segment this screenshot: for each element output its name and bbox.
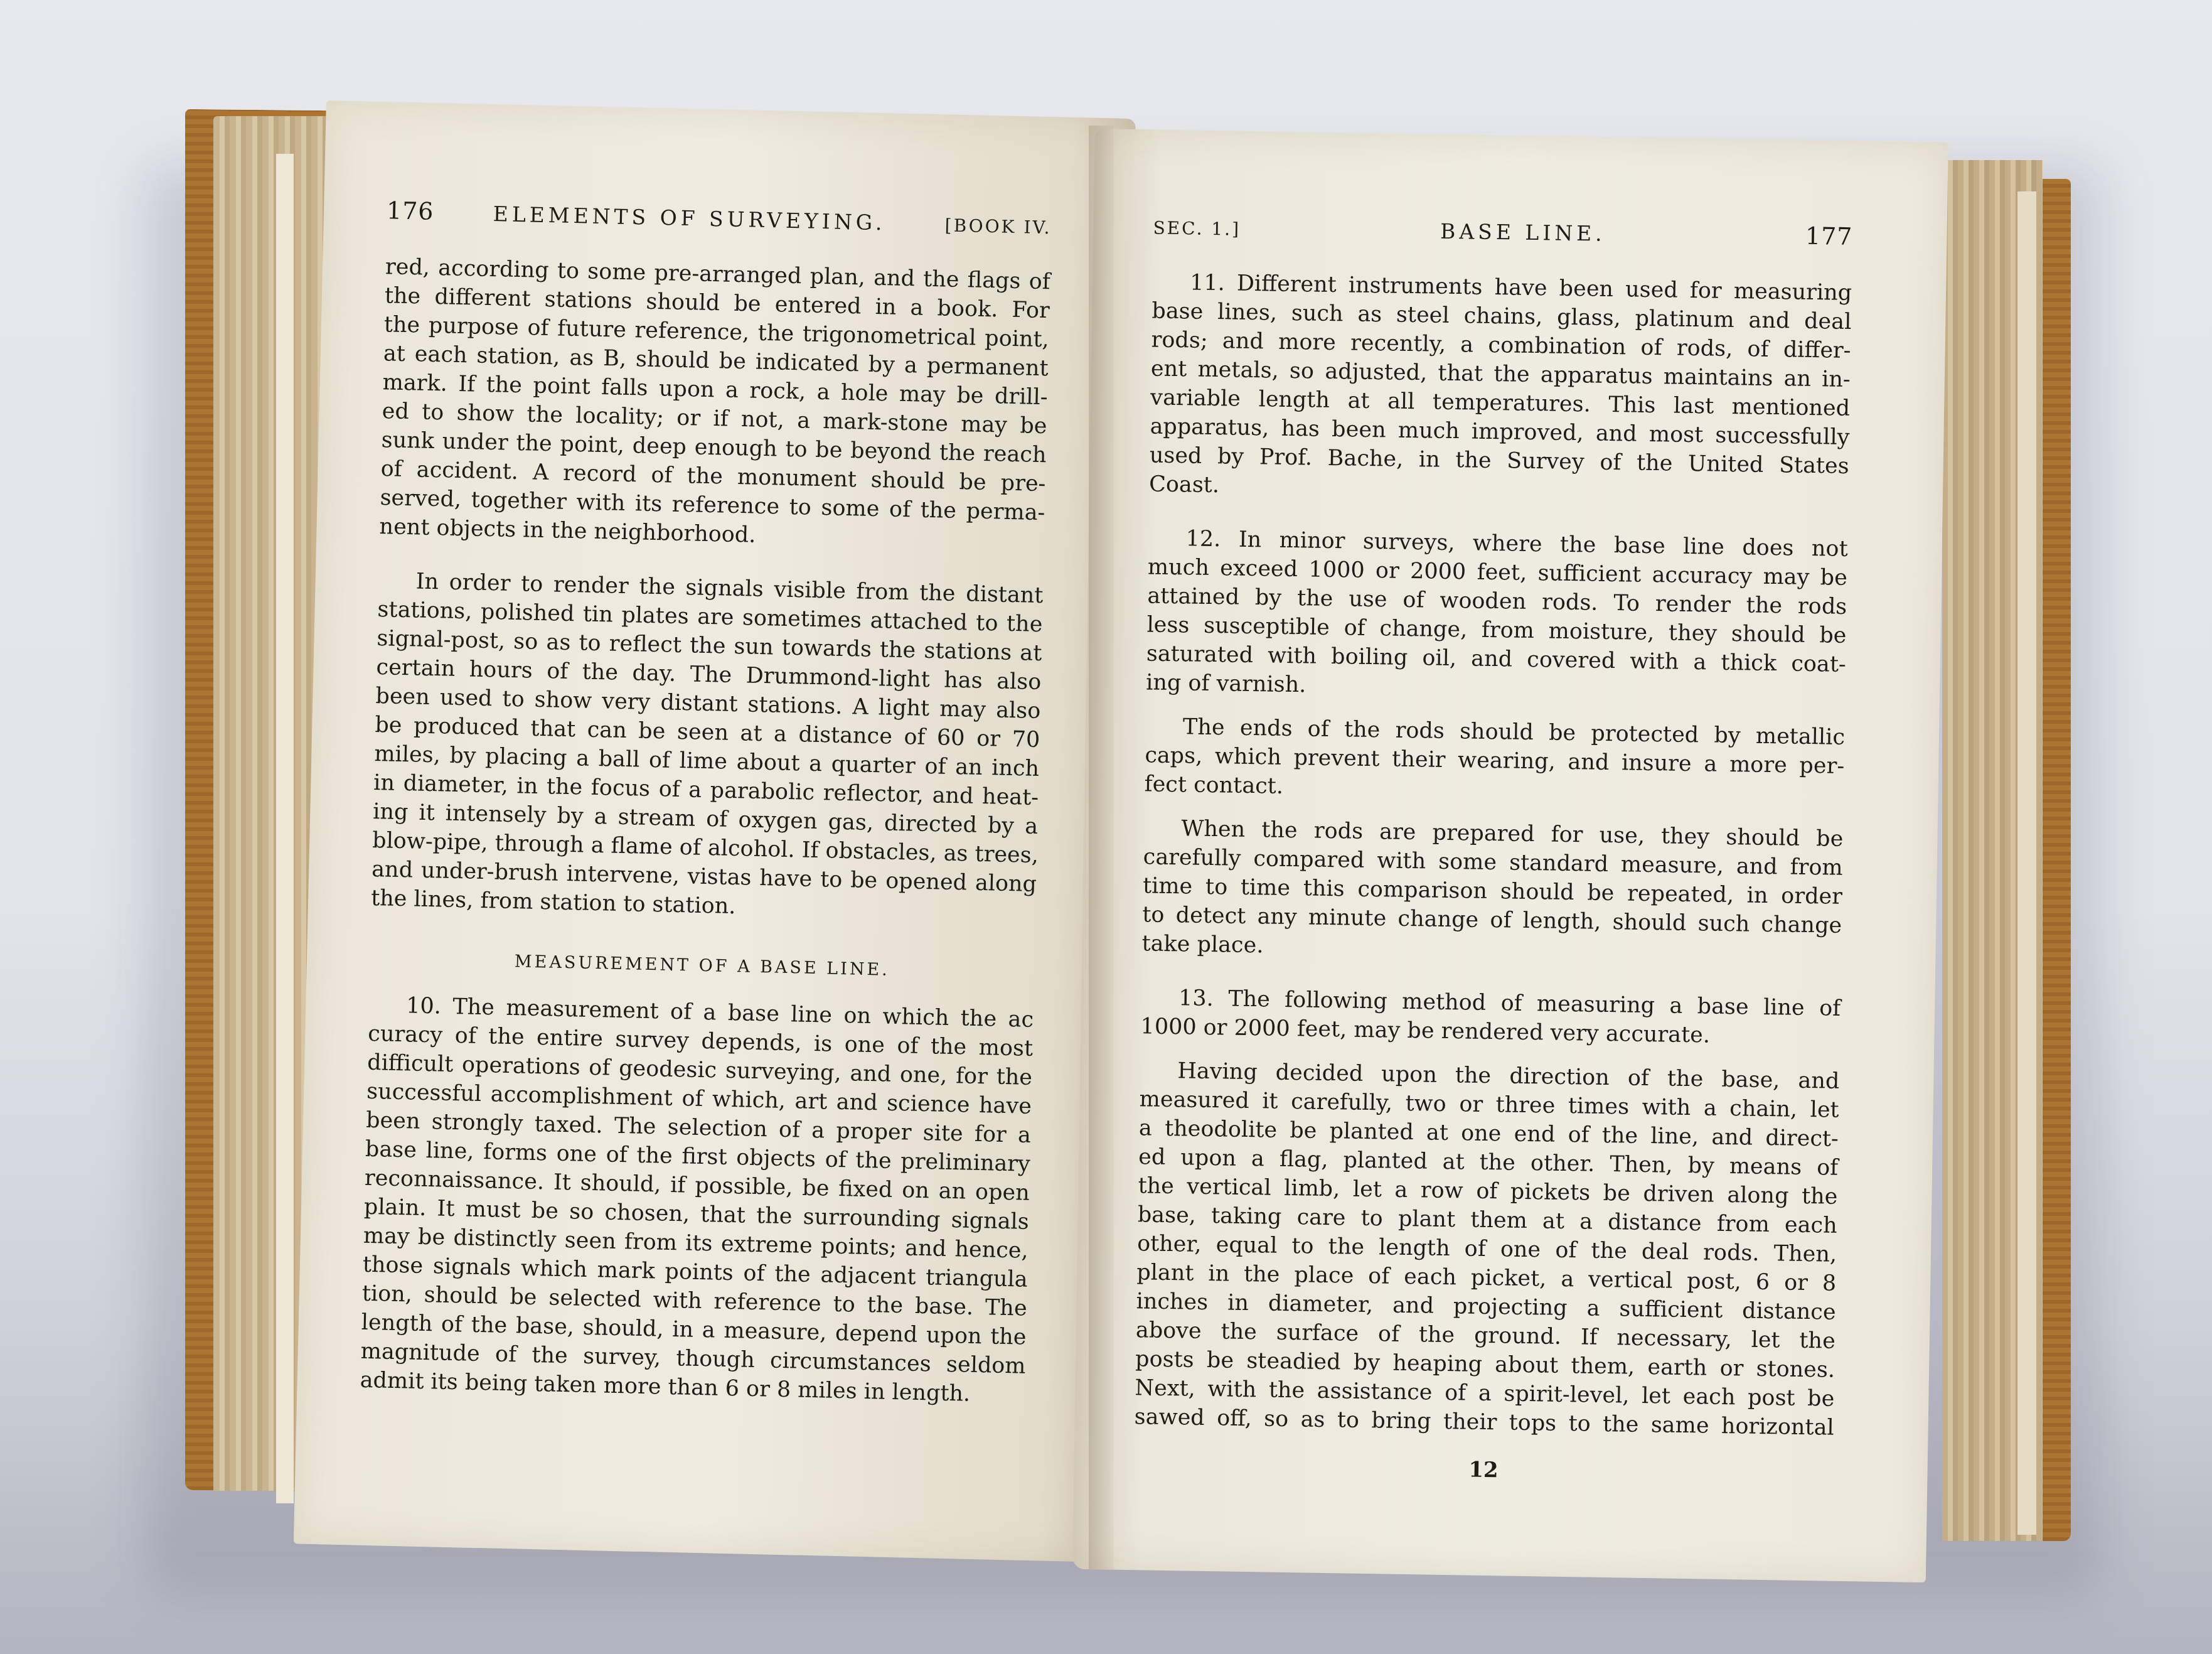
paragraph-having: Having decided upon the direction of the… bbox=[1134, 1056, 1839, 1442]
section-heading: MEASUREMENT OF A BASE LINE. bbox=[369, 944, 1035, 988]
right-page-text: SEC. 1.] BASE LINE. 177 11. Different in… bbox=[1133, 211, 1853, 1490]
book-gutter bbox=[1089, 126, 1114, 1569]
right-running-header: SEC. 1.] BASE LINE. 177 bbox=[1153, 211, 1853, 254]
left-page: 176 ELEMENTS OF SURVEYING. [BOOK IV. red… bbox=[294, 100, 1136, 1562]
paragraph-flags: red, according to some pre-arranged plan… bbox=[379, 252, 1050, 556]
paragraph-signals: In order to render the signals visible f… bbox=[371, 566, 1044, 928]
paragraph-when: When the rods are prepared for use, they… bbox=[1141, 814, 1843, 969]
section-label: SEC. 1.] bbox=[1153, 213, 1241, 244]
signature-mark: 12 bbox=[1133, 1450, 1834, 1490]
right-page-number: 177 bbox=[1805, 222, 1853, 251]
paragraph-13: 13. The following method of measuring a … bbox=[1140, 983, 1841, 1052]
left-running-head: ELEMENTS OF SURVEYING. bbox=[493, 200, 886, 237]
paragraph-ends: The ends of the rods should be protected… bbox=[1144, 712, 1845, 809]
book-label: [BOOK IV. bbox=[944, 211, 1052, 242]
left-running-header: 176 ELEMENTS OF SURVEYING. [BOOK IV. bbox=[386, 196, 1052, 242]
paragraph-10: 10. The measurement of a base line on wh… bbox=[360, 991, 1034, 1410]
paragraph-11: 11. Different instruments have been used… bbox=[1149, 267, 1852, 509]
right-running-head: BASE LINE. bbox=[1440, 217, 1606, 249]
left-page-text: 176 ELEMENTS OF SURVEYING. [BOOK IV. red… bbox=[360, 196, 1052, 1410]
left-page-number: 176 bbox=[387, 196, 435, 226]
page-edges-right bbox=[1942, 160, 2043, 1541]
right-page: SEC. 1.] BASE LINE. 177 11. Different in… bbox=[1072, 129, 1948, 1582]
paragraph-12: 12. In minor surveys, where the base lin… bbox=[1146, 524, 1848, 707]
